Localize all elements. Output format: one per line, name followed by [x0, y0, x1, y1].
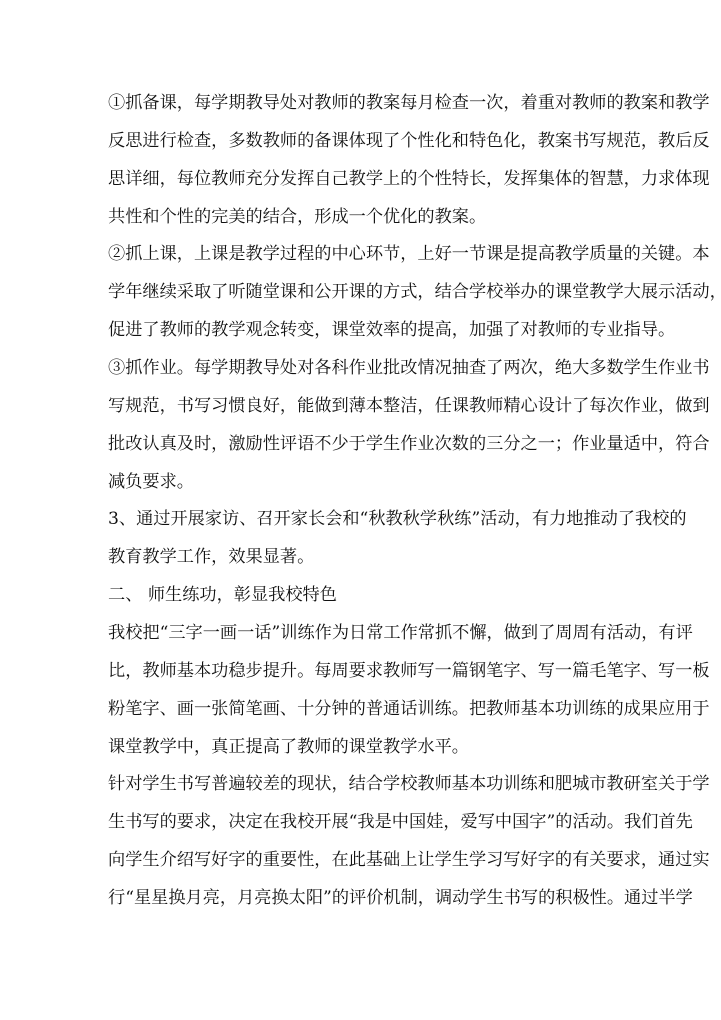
text-line: ③抓作业。每学期教导处对各科作业批改情况抽查了两次，绝大多数学生作业书 [108, 356, 614, 394]
text-line: 行“星星换月亮，月亮换太阳”的评价机制，调动学生书写的积极性。通过半学 [108, 886, 614, 924]
text-line: 粉笔字、画一张简笔画、十分钟的普通话训练。把教师基本功训练的成果应用于 [108, 697, 614, 735]
text-line: 针对学生书写普遍较差的现状，结合学校教师基本功训练和肥城市教研室关于学 [108, 772, 614, 810]
text-line: 学年继续采取了听随堂课和公开课的方式，结合学校举办的课堂教学大展示活动， [108, 280, 614, 318]
text-line: 促进了教师的教学观念转变，课堂效率的提高，加强了对教师的专业指导。 [108, 318, 614, 356]
section-heading: 二、 师生练功，彰显我校特色 [108, 583, 614, 621]
text-line: 我校把“三字一画一话”训练作为日常工作常抓不懈，做到了周周有活动，有评 [108, 621, 614, 659]
text-line: 3、通过开展家访、召开家长会和“秋教秋学秋练”活动，有力地推动了我校的 [108, 507, 614, 545]
text-line: 比，教师基本功稳步提升。每周要求教师写一篇钢笔字、写一篇毛笔字、写一板 [108, 659, 614, 697]
text-line: 共性和个性的完美的结合，形成一个优化的教案。 [108, 205, 614, 243]
text-line: 减负要求。 [108, 470, 614, 508]
document-page: ①抓备课，每学期教导处对教师的教案每月检查一次，着重对教师的教案和教学 反思进行… [108, 91, 614, 924]
text-line: 批改认真及时，激励性评语不少于学生作业次数的三分之一；作业量适中，符合 [108, 432, 614, 470]
text-line: 思详细，每位教师充分发挥自己教学上的个性特长，发挥集体的智慧，力求体现 [108, 167, 614, 205]
text-line: 课堂教学中，真正提高了教师的课堂教学水平。 [108, 735, 614, 773]
text-line: 向学生介绍写好字的重要性，在此基础上让学生学习写好字的有关要求，通过实 [108, 848, 614, 886]
text-line: 反思进行检查，多数教师的备课体现了个性化和特色化，教案书写规范，教后反 [108, 129, 614, 167]
text-line: ②抓上课，上课是教学过程的中心环节，上好一节课是提高教学质量的关键。本 [108, 242, 614, 280]
text-line: 生书写的要求，决定在我校开展“我是中国娃，爱写中国字”的活动。我们首先 [108, 810, 614, 848]
text-line: ①抓备课，每学期教导处对教师的教案每月检查一次，着重对教师的教案和教学 [108, 91, 614, 129]
text-line: 写规范，书写习惯良好，能做到薄本整洁，任课教师精心设计了每次作业，做到 [108, 394, 614, 432]
text-line: 教育教学工作，效果显著。 [108, 545, 614, 583]
